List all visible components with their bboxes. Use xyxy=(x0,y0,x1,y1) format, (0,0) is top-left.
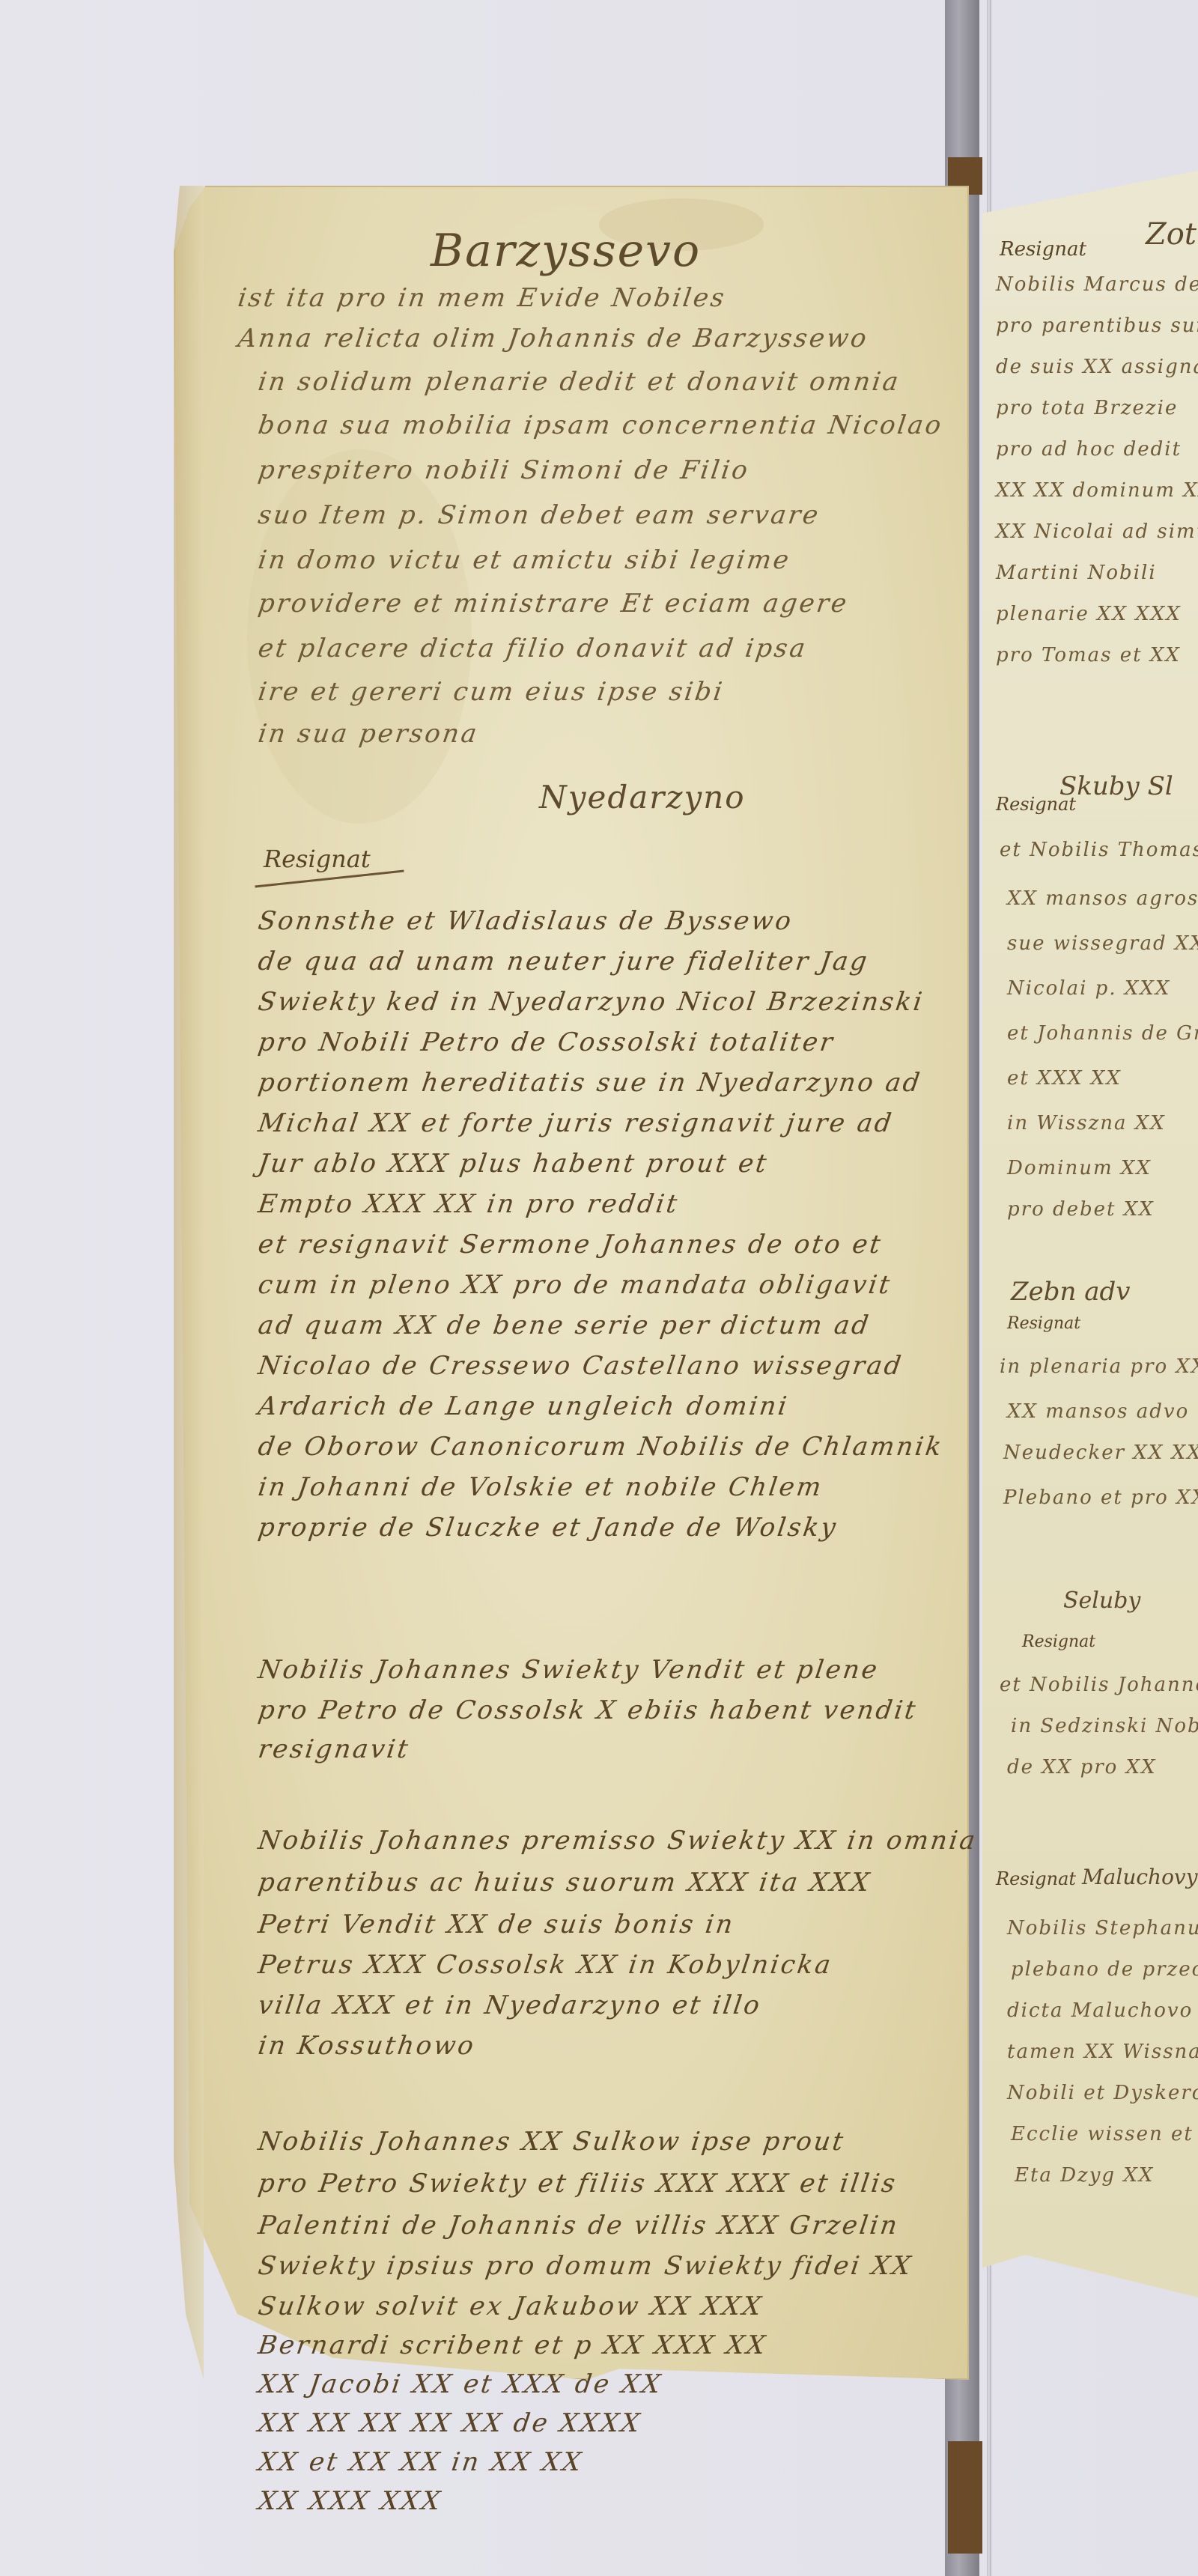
entry-line: et placere dicta filio donavit ad ipsa xyxy=(256,634,809,663)
entry-line: pro tota Brzezie xyxy=(996,397,1178,419)
entry-line: prespitero nobili Simoni de Filio xyxy=(256,455,752,485)
entry-line: resignavit xyxy=(256,1734,412,1764)
entry-line: et XXX XX xyxy=(1007,1067,1122,1090)
entry-line: XX et XX XX in XX XX xyxy=(256,2447,585,2477)
entry-line: in solidum plenarie dedit et donavit omn… xyxy=(256,367,902,397)
margin-note-resignat: Resignat xyxy=(1007,1314,1080,1333)
entry-line: XX XX dominum XX xyxy=(996,479,1198,502)
entry-line: pro parentibus sui in xyxy=(996,315,1198,337)
entry-line: ire et gereri cum eius ipse sibi xyxy=(256,677,726,707)
entry-line: ad quam XX de bene serie per dictum ad xyxy=(256,1310,872,1340)
entry-line: Nobilis Johannes premisso Swiekty XX in … xyxy=(256,1826,979,1856)
entry-line: Nobilis Johannes Swiekty Vendit et plene xyxy=(256,1655,881,1685)
margin-note-resignat: Resignat xyxy=(996,1868,1076,1889)
entry-line: de Oborow Canonicorum Nobilis de Chlamni… xyxy=(256,1432,945,1462)
entry-line: in sua persona xyxy=(256,719,481,749)
entry-line: pro Tomas et XX xyxy=(996,644,1181,666)
binding-leather-bottom xyxy=(948,2441,982,2554)
entry-line: et resignavit Sermone Johannes de oto et xyxy=(256,1230,884,1260)
margin-note-resignat: Resignat xyxy=(1000,238,1086,261)
entry-line: XX Jacobi XX et XXX de XX xyxy=(256,2369,664,2399)
entry-line: in Sedzinski Nobiliby xyxy=(1011,1715,1198,1737)
entry-line: Sulkow solvit ex Jakubow XX XXX xyxy=(256,2291,764,2321)
entry-line: plebano de przechulk xyxy=(1011,1958,1198,1981)
entry-line: Nobili et Dyskero xyxy=(1007,2082,1198,2104)
entry-line: Michal XX et forte juris resignavit jure… xyxy=(256,1108,896,1138)
entry-line: de qua ad unam neuter jure fideliter Jag xyxy=(256,947,871,976)
right-heading-skuby: Skuby Sl xyxy=(1059,771,1173,801)
entry-line: Ardarich de Lange ungleich domini xyxy=(256,1391,791,1421)
entry-line: Eta Dzyg XX xyxy=(1015,2164,1154,2187)
entry-line: Nicolai p. XXX xyxy=(1007,977,1170,1000)
entry-line: Nobilis Stephanus xyxy=(1007,1917,1198,1939)
entry-line: pro ad hoc dedit xyxy=(996,438,1182,461)
entry-line: in domo victu et amictu sibi legime xyxy=(256,545,793,575)
entry-line: in Wisszna XX xyxy=(1007,1112,1166,1134)
entry-line: cum in pleno XX pro de mandata obligavit xyxy=(256,1270,893,1300)
entry-line: Bernardi scribent et p XX XXX XX xyxy=(256,2330,769,2360)
entry-line: portionem hereditatis sue in Nyedarzyno … xyxy=(256,1068,923,1098)
entry-line: pro Nobili Petro de Cossolski totaliter xyxy=(256,1027,836,1057)
entry-line: pro Petro Swiekty et filiis XXX XXX et i… xyxy=(256,2169,899,2199)
entry-line: Empto XXX XX in pro reddit xyxy=(256,1189,681,1219)
entry-line: XX XXX XXX xyxy=(256,2486,444,2516)
entry-line: Nobilis Johannes XX Sulkow ipse prout xyxy=(256,2127,847,2157)
entry-line: pro Petro de Cossolsk X ebiis habent ven… xyxy=(256,1695,919,1725)
entry-line: XX XX XX XX XX de XXXX xyxy=(256,2408,643,2438)
entry-line: Ecclie wissen et xyxy=(1011,2123,1194,2145)
right-heading-seluby: Seluby xyxy=(1063,1588,1140,1614)
entry-line: tamen XX Wissna xyxy=(1007,2041,1198,2063)
entry-line: Dominum XX xyxy=(1007,1157,1152,1179)
entry-line: providere et ministrare Et eciam agere xyxy=(256,589,851,619)
entry-line: XX mansos agros xyxy=(1007,887,1198,910)
entry-line: Neudecker XX XX xyxy=(1003,1442,1198,1464)
entry-line: Swiekty ipsius pro domum Swiekty fidei X… xyxy=(256,2251,914,2281)
entry-line: Petri Vendit XX de suis bonis in xyxy=(256,1910,737,1939)
entry-line: de suis XX assignavit xyxy=(996,356,1198,378)
entry-line: dicta Maluchovo xyxy=(1007,1999,1193,2022)
left-page-worn-edge xyxy=(174,186,204,2380)
entry-line: Anna relicta olim Johannis de Barzyssewo xyxy=(236,323,870,353)
entry-line: XX Nicolai ad simul xyxy=(996,520,1198,543)
section-heading-nyedarzyno: Nyedarzyno xyxy=(539,779,746,815)
right-heading-zott: Zott xyxy=(1146,217,1198,252)
entry-line: in Kossuthowo xyxy=(256,2031,478,2061)
entry-line: pro debet XX xyxy=(1007,1198,1155,1221)
entry-line: de XX pro XX xyxy=(1007,1756,1157,1778)
entry-line: ist ita pro in mem Evide Nobiles xyxy=(236,283,728,313)
entry-line: Jur ablo XXX plus habent prout et xyxy=(256,1149,770,1179)
entry-line: Sonnsthe et Wladislaus de Byssewo xyxy=(256,906,795,936)
entry-line: parentibus ac huius suorum XXX ita XXX xyxy=(256,1868,873,1898)
entry-line: Palentini de Johannis de villis XXX Grze… xyxy=(256,2211,901,2241)
entry-line: Swiekty ked in Nyedarzyno Nicol Brzezins… xyxy=(256,987,926,1017)
margin-note-resignat: Resignat xyxy=(264,845,371,873)
entry-line: proprie de Sluczke et Jande de Wolsky xyxy=(256,1513,839,1543)
entry-line: Nicolao de Cressewo Castellano wissegrad xyxy=(256,1351,904,1381)
entry-line: et Nobilis Thomas xyxy=(1000,839,1198,861)
entry-line: Martini Nobili xyxy=(996,562,1157,584)
right-heading-zebn: Zebn adv xyxy=(1011,1277,1130,1307)
entry-line: suo Item p. Simon debet eam servare xyxy=(256,500,822,530)
entry-line: in Johanni de Volskie et nobile Chlem xyxy=(256,1472,825,1502)
margin-note-resignat: Resignat xyxy=(1022,1632,1095,1651)
entry-line: plenarie XX XXX xyxy=(996,603,1182,625)
entry-line: sue wissegrad XX xyxy=(1007,932,1198,955)
entry-line: Plebano et pro XX xyxy=(1003,1486,1198,1509)
entry-line: et Nobilis Johannes S xyxy=(1000,1674,1198,1696)
entry-line: Nobilis Marcus de Pol xyxy=(996,273,1198,296)
entry-line: bona sua mobilia ipsam concernentia Nico… xyxy=(256,410,945,440)
entry-line: Petrus XXX Cossolsk XX in Kobylnicka xyxy=(256,1950,834,1980)
entry-line: in plenaria pro XXX xyxy=(1000,1355,1198,1378)
entry-line: villa XXX et in Nyedarzyno et illo xyxy=(256,1990,763,2020)
entry-line: et Johannis de Grzyp xyxy=(1007,1022,1198,1045)
right-heading-maluchovy: Maluchovy xyxy=(1082,1865,1198,1889)
page-heading-barzyssevo: Barzyssevo xyxy=(431,225,701,277)
entry-line: XX mansos advo xyxy=(1007,1400,1189,1423)
